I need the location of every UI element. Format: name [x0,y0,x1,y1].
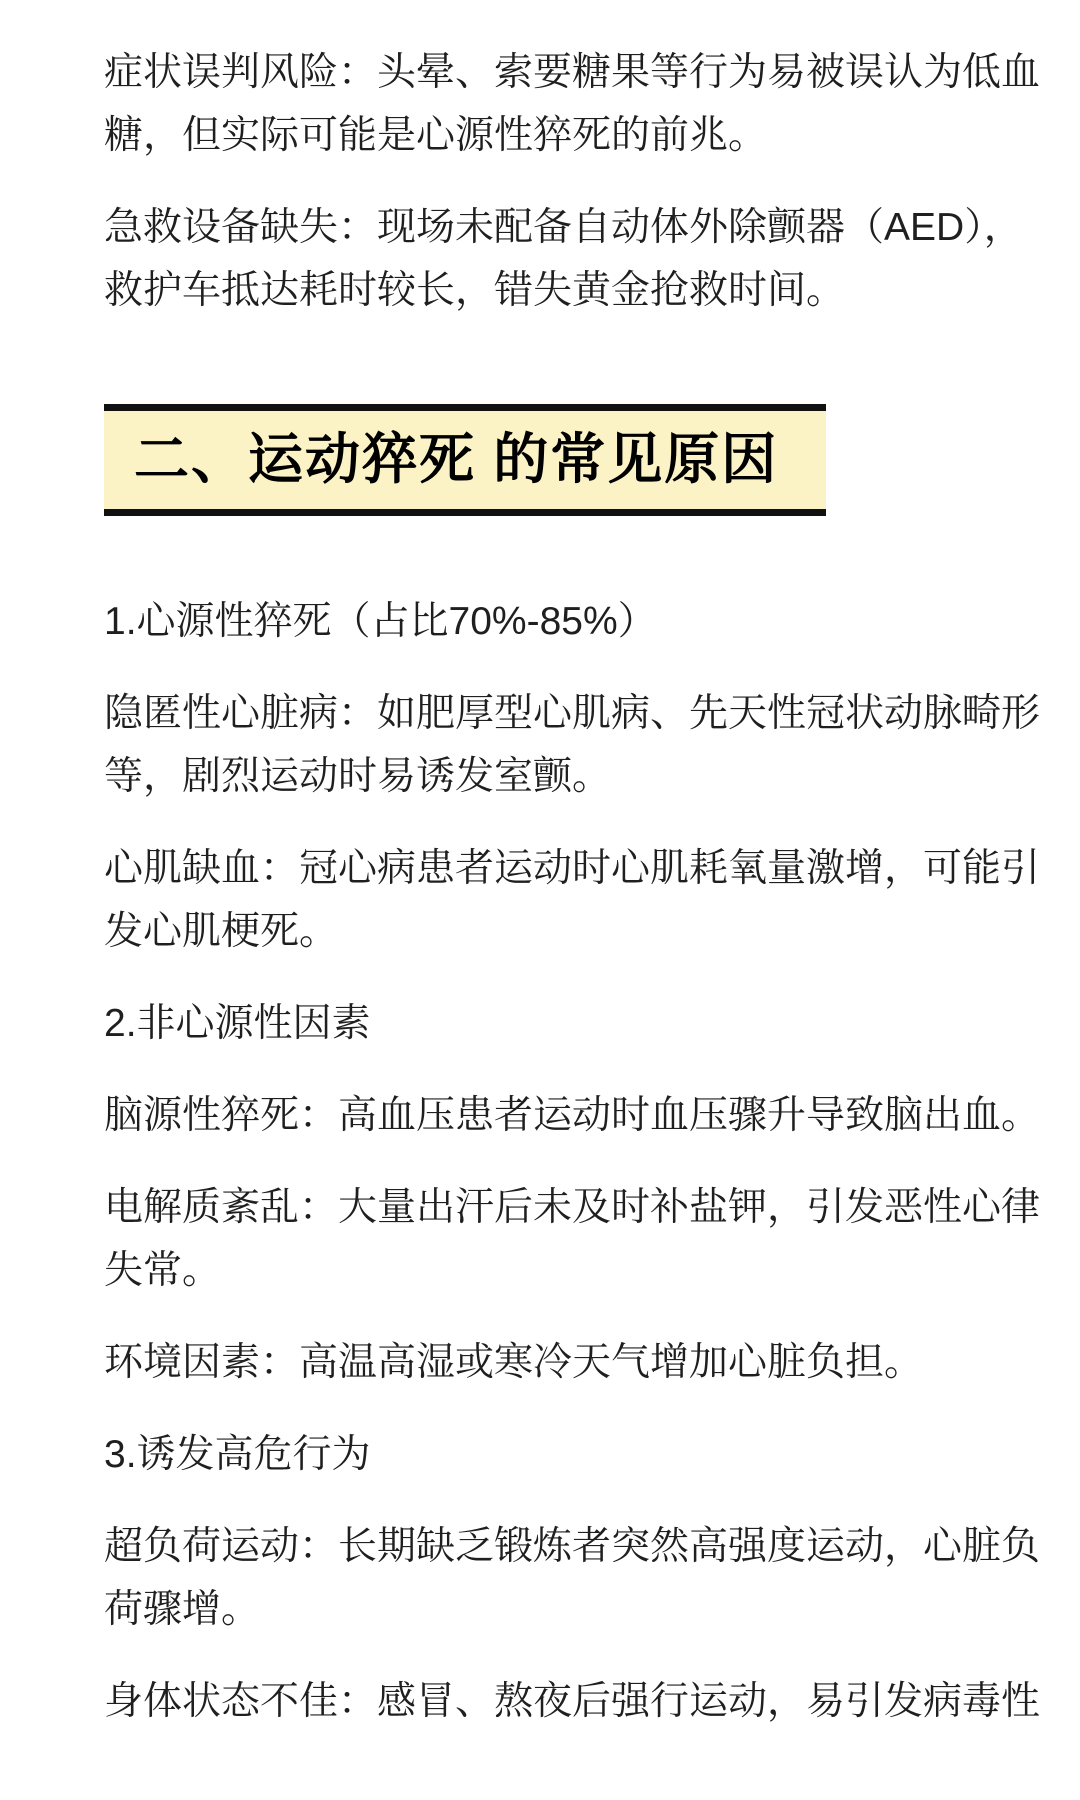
paragraph: 超负荷运动：长期缺乏锻炼者突然高强度运动，心脏负荷骤增。 [104,1515,1040,1641]
paragraph: 脑源性猝死：高血压患者运动时血压骤升导致脑出血。 [104,1084,1040,1147]
article-page: { "theme": { "background": "#ffffff", "t… [0,0,1080,1800]
paragraph: 电解质紊乱：大量出汗后未及时补盐钾，引发恶性心律失常。 [104,1176,1040,1302]
numbered-subheading: 2.非心源性因素 [104,992,1040,1055]
numbered-subheading: 1.心源性猝死（占比70%-85%） [104,590,1040,653]
paragraph: 心肌缺血：冠心病患者运动时心肌耗氧量激增，可能引发心肌梗死。 [104,837,1040,963]
paragraph: 隐匿性心脏病：如肥厚型心肌病、先天性冠状动脉畸形等，剧烈运动时易诱发室颤。 [104,682,1040,808]
paragraph: 症状误判风险：头晕、索要糖果等行为易被误认为低血糖，但实际可能是心源性猝死的前兆… [104,41,1040,167]
article-content: 症状误判风险：头晕、索要糖果等行为易被误认为低血糖，但实际可能是心源性猝死的前兆… [0,0,1080,1733]
paragraph: 环境因素：高温高湿或寒冷天气增加心脏负担。 [104,1331,1040,1394]
paragraph: 身体状态不佳：感冒、熬夜后强行运动，易引发病毒性 [104,1670,1040,1733]
numbered-subheading: 3.诱发高危行为 [104,1423,1040,1486]
paragraph: 急救设备缺失：现场未配备自动体外除颤器（AED），救护车抵达耗时较长，错失黄金抢… [104,196,1040,322]
section-heading: 二、运动猝死 的常见原因 [104,404,826,516]
